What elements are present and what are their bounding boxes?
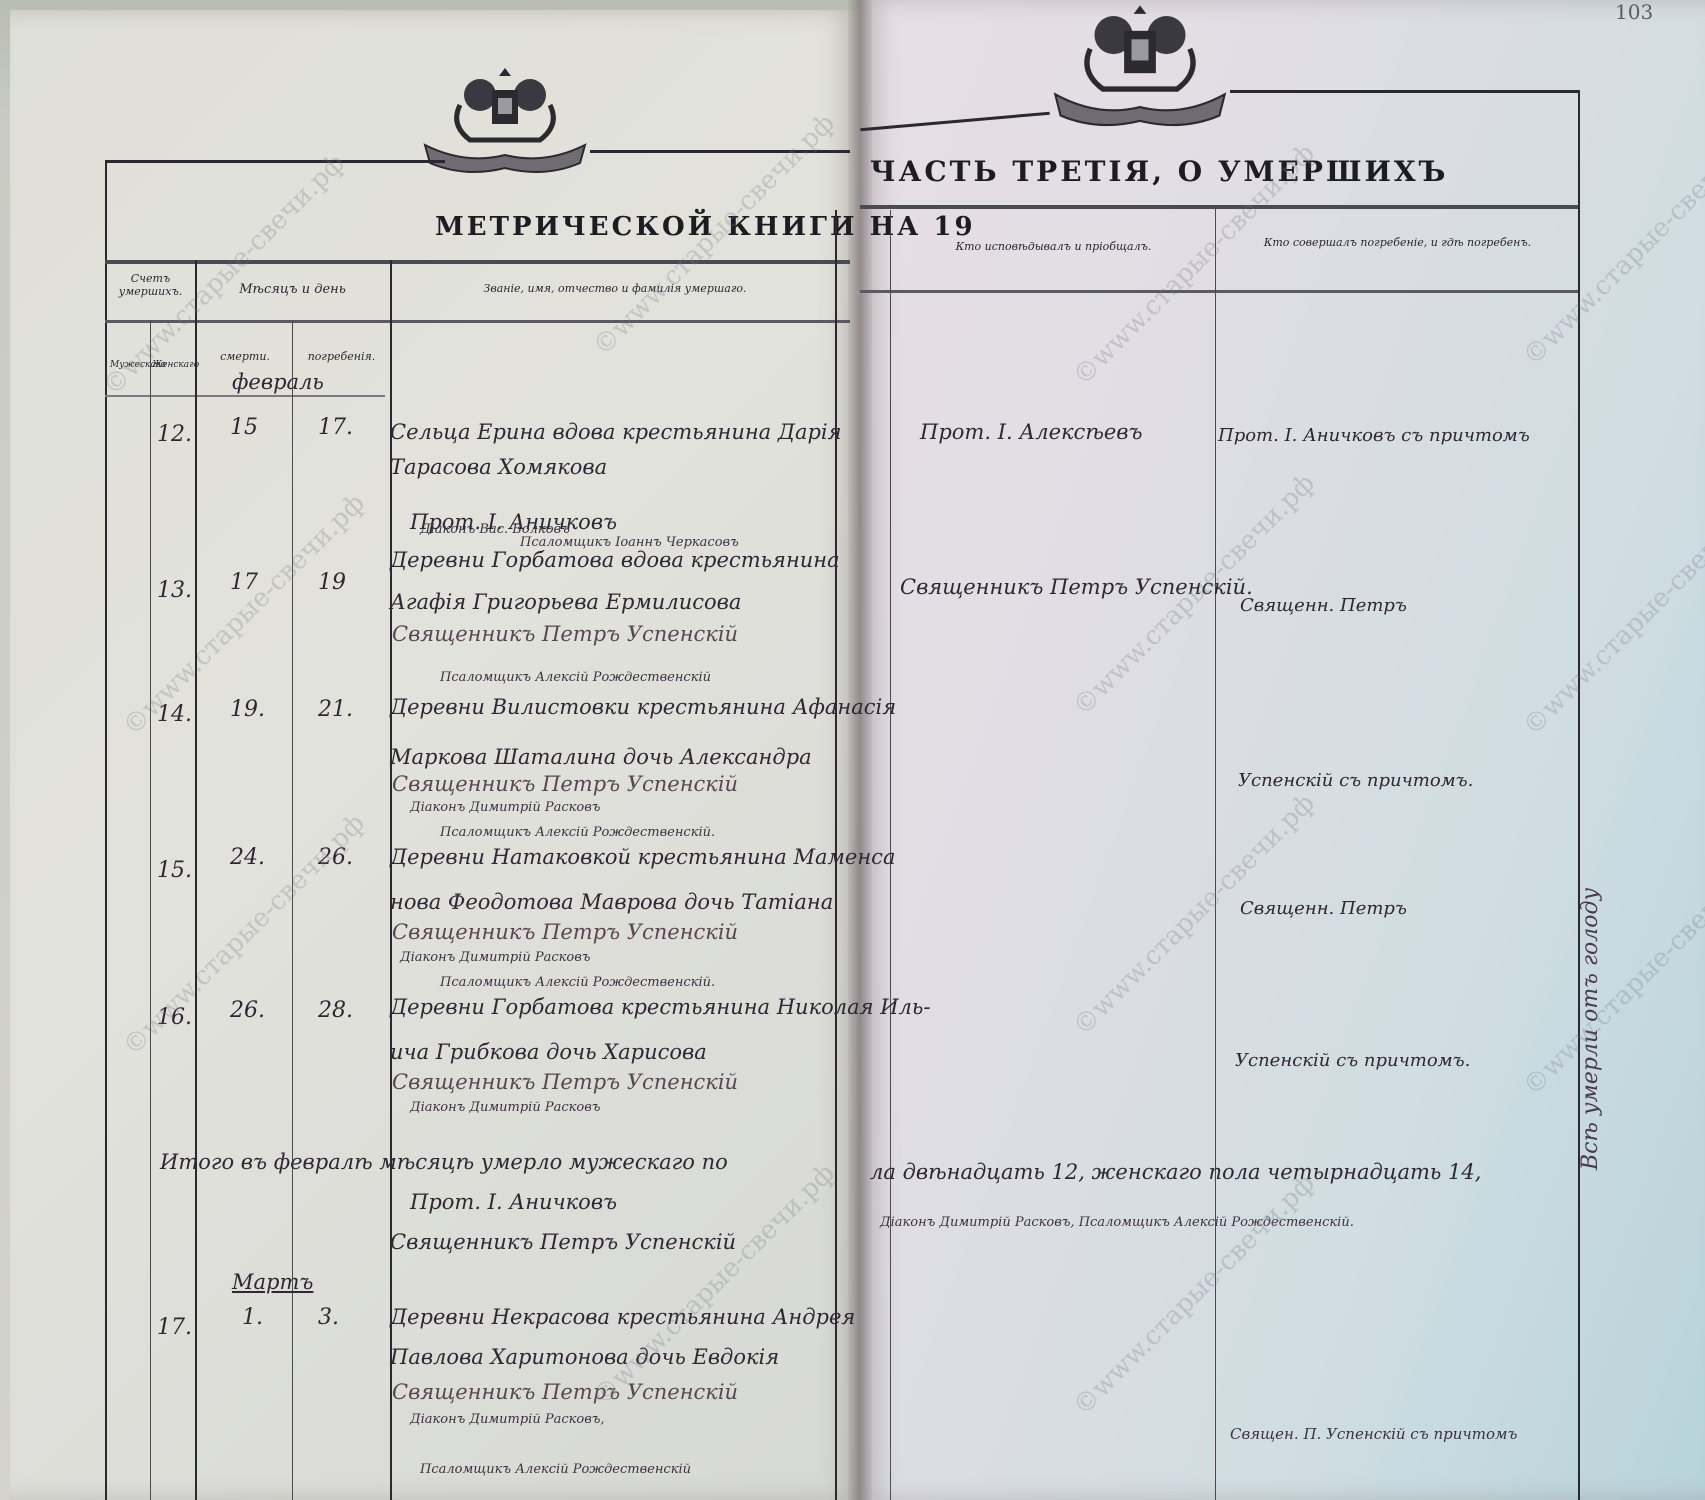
death-day: 26. [230,998,265,1023]
header-count-female: Женскаго [152,360,192,370]
col-divider [1215,205,1216,1500]
header-burial-by: Кто совершалъ погребеніе, и гдѣ погребен… [1220,236,1575,249]
deceased-name-line: ича Грибкова дочь Харисова [390,1040,707,1064]
header-count: Счетъ умершихъ. [108,272,193,298]
deceased-name-line: Павлова Харитонова дочь Евдокія [390,1345,779,1369]
month-february: февраль [232,370,324,394]
summary-signature: Прот. І. Аничковъ [410,1190,617,1214]
double-headed-eagle-icon [420,60,590,180]
burial-day: 3. [318,1305,339,1330]
death-day: 19. [230,697,265,722]
burial-by: Священн. Петръ [1240,595,1407,616]
subheader-rule-right [860,290,1578,293]
header-rule-left [105,260,850,264]
burial-by: Священ. П. Успенскій съ причтомъ [1230,1425,1517,1443]
page-number: 103 [1615,0,1653,24]
subheader-rule-left [105,320,850,323]
clergy-signature: Діаконъ Димитрій Расковъ [400,950,590,965]
summary-signature: Священникъ Петръ Успенскій [390,1230,736,1254]
heading-right: ЧАСТЬ ТРЕТІЯ, О УМЕРШИХЪ [870,155,1448,188]
confessor: Прот. І. Алексѣевъ [920,420,1143,444]
clergy-signature: Священникъ Петръ Успенскій [392,1380,738,1404]
burial-by: Успенскій съ причтомъ. [1238,770,1473,791]
record-number: 14. [157,702,192,727]
col-divider [292,320,293,1500]
clergy-signature: Діаконъ Димитрій Расковъ, [410,1412,605,1427]
record-number: 17. [157,1315,192,1340]
header-month-day: Мѣсяцъ и день [200,282,385,297]
heading-left: МЕТРИЧЕСКОЙ КНИГИ НА 19 [435,212,976,242]
deceased-name-line: Деревни Некрасова крестьянина Андрея [390,1305,855,1329]
clergy-signature: Псаломщикъ Алексій Рождественскій. [440,975,715,990]
date-rule [105,395,385,397]
margin-note: Всѣ умерли отъ голоду [1578,888,1603,1170]
death-day: 15 [230,415,258,440]
death-day: 1. [242,1305,263,1330]
clergy-signature: Священникъ Петръ Успенскій [392,1070,738,1094]
header-rule-right [860,205,1578,209]
header-name: Званіе, имя, отчество и фамилія умершаго… [395,282,835,295]
record-number: 16. [157,1005,192,1030]
clergy-signature: Священникъ Петръ Успенскій [392,622,738,646]
header-death: смерти. [200,350,290,363]
burial-by: Священн. Петръ [1240,898,1407,919]
col-divider [150,320,151,1500]
record-number: 13. [157,578,192,603]
burial-day: 26. [318,845,353,870]
deceased-name-line: нова Феодотова Маврова дочь Татіана [390,890,833,914]
double-headed-eagle-icon [1050,0,1230,140]
col-divider [195,260,197,1500]
summary-signature: Діаконъ Димитрій Расковъ, Псаломщикъ Але… [880,1215,1354,1230]
summary-text-left: Итого въ февралѣ мѣсяцѣ умерло мужескаго… [160,1150,728,1174]
burial-by: Прот. І. Аничковъ съ причтомъ [1218,425,1530,446]
frame-top-left [105,160,445,163]
frame-top-right-2 [1230,90,1580,93]
burial-by: Успенскій съ причтомъ. [1235,1050,1470,1071]
clergy-signature: Псаломщикъ Алексій Рождественскій [420,1462,691,1477]
record-number: 12. [157,422,192,447]
clergy-signature: Псаломщикъ Алексій Рождественскій. [440,825,715,840]
header-confessor: Кто исповѣдывалъ и пріобщалъ. [896,240,1211,253]
clergy-signature: Псаломщикъ Алексій Рождественскій [440,670,711,685]
header-count-male: Мужескаго [110,360,148,370]
deceased-name-line: Агафія Григорьева Ермилисова [390,590,741,614]
frame-left-edge [105,160,107,1500]
clergy-signature: Священникъ Петръ Успенскій [392,772,738,796]
deceased-name-line: Деревни Горбатова крестьянина Николая Ил… [390,995,930,1019]
clergy-signature: Священникъ Петръ Успенскій [392,920,738,944]
burial-day: 17. [318,415,353,440]
deceased-name-line: Деревни Натаковкой крестьянина Маменса [390,845,895,869]
death-day: 24. [230,845,265,870]
deceased-name-line: Тарасова Хомякова [390,455,607,479]
month-march: Мартъ [232,1270,313,1294]
burial-day: 28. [318,998,353,1023]
emblem-right [1050,0,1230,140]
frame-top-left-2 [590,150,850,153]
burial-day: 21. [318,697,353,722]
deceased-name-line: Сельца Ерина вдова крестьянина Дарія [390,420,842,444]
clergy-signature: Діаконъ Димитрій Расковъ [410,1100,600,1115]
deceased-name-line: Деревни Горбатова вдова крестьянина [390,548,840,572]
book-spread: 103 МЕТРИЧЕСКОЙ КНИГИ НА 19 ЧАСТЬ ТРЕТІЯ… [0,0,1705,1500]
confessor: Священникъ Петръ Успенскій. [900,575,1253,599]
emblem-left [420,60,590,180]
frame-right-edge [1578,90,1580,1500]
record-number: 15. [157,858,192,883]
summary-text-right: ла двѣнадцать 12, женскаго пола четырнад… [870,1160,1481,1184]
death-day: 17 [230,570,258,595]
burial-day: 19 [318,570,346,595]
deceased-name-line: Маркова Шаталина дочь Александра [390,745,812,769]
header-burial: погребенія. [294,350,389,363]
clergy-signature: Діаконъ Димитрій Расковъ [410,800,600,815]
deceased-name-line: Деревни Вилистовки крестьянина Афанасія [390,695,896,719]
